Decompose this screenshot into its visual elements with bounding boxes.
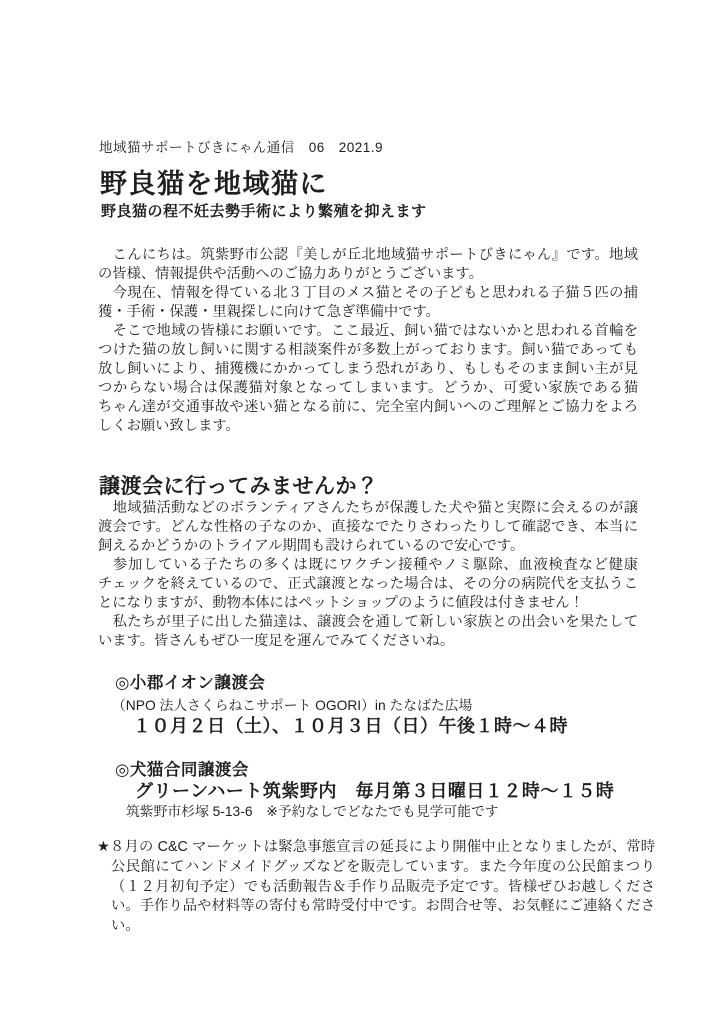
issue-line: 地域猫サポートびきにゃん通信 06 2021.9 (99, 136, 383, 156)
event-ogori-schedule: １０月２日（土）、１０月３日（日）午後１時～４時 (133, 712, 568, 738)
intro-section: こんにちは。筑紫野市公認『美しが丘北地域猫サポートびきにゃん』です。地域の皆様、… (98, 246, 638, 436)
adoption-paragraph-1: 地域猫活動などのボランティアさんたちが保護した犬や猫と実際に会えるのが譲渡会です… (98, 499, 638, 556)
page-title: 野良猫を地域猫に (100, 162, 328, 201)
adoption-section-heading: 譲渡会に行ってみませんか？ (99, 470, 379, 500)
event-ogori-name: ◎小郡イオン譲渡会 (115, 669, 265, 693)
notice-text: ★８月の C&C マーケットは緊急事態宣言の延長により開催中止となりましたが、常… (97, 838, 655, 937)
intro-paragraph-2: 今現在、情報を得ている北３丁目のメス猫とその子どもと思われる子猫５匹の捕獲・手術… (98, 284, 638, 322)
event-joint-address: 筑紫野市杉塚 5-13-6 ※予約なしでどなたでも見学可能です (126, 800, 499, 820)
intro-paragraph-3: そこで地域の皆様にお願いです。ここ最近、飼い猫ではないかと思われる首輪をつけた猫… (98, 322, 638, 436)
intro-paragraph-1: こんにちは。筑紫野市公認『美しが丘北地域猫サポートびきにゃん』です。地域の皆様、… (98, 246, 638, 284)
adoption-paragraph-2: 参加している子たちの多くは既にワクチン接種やノミ駆除、血液検査など健康チェックを… (98, 556, 638, 613)
event-ogori-organizer: （NPO 法人さくらねこサポート OGORI）in たなばた広場 (112, 694, 472, 714)
newsletter-page: 地域猫サポートびきにゃん通信 06 2021.9 野良猫を地域猫に 野良猫の程不… (0, 0, 724, 1024)
adoption-section: 地域猫活動などのボランティアさんたちが保護した犬や猫と実際に会えるのが譲渡会です… (98, 499, 638, 651)
page-subtitle: 野良猫の程不妊去勢手術により繁殖を抑えます (101, 200, 427, 221)
adoption-paragraph-3: 私たちが里子に出した猫達は、譲渡会を通して新しい家族との出会いを果たしています。… (98, 613, 638, 651)
